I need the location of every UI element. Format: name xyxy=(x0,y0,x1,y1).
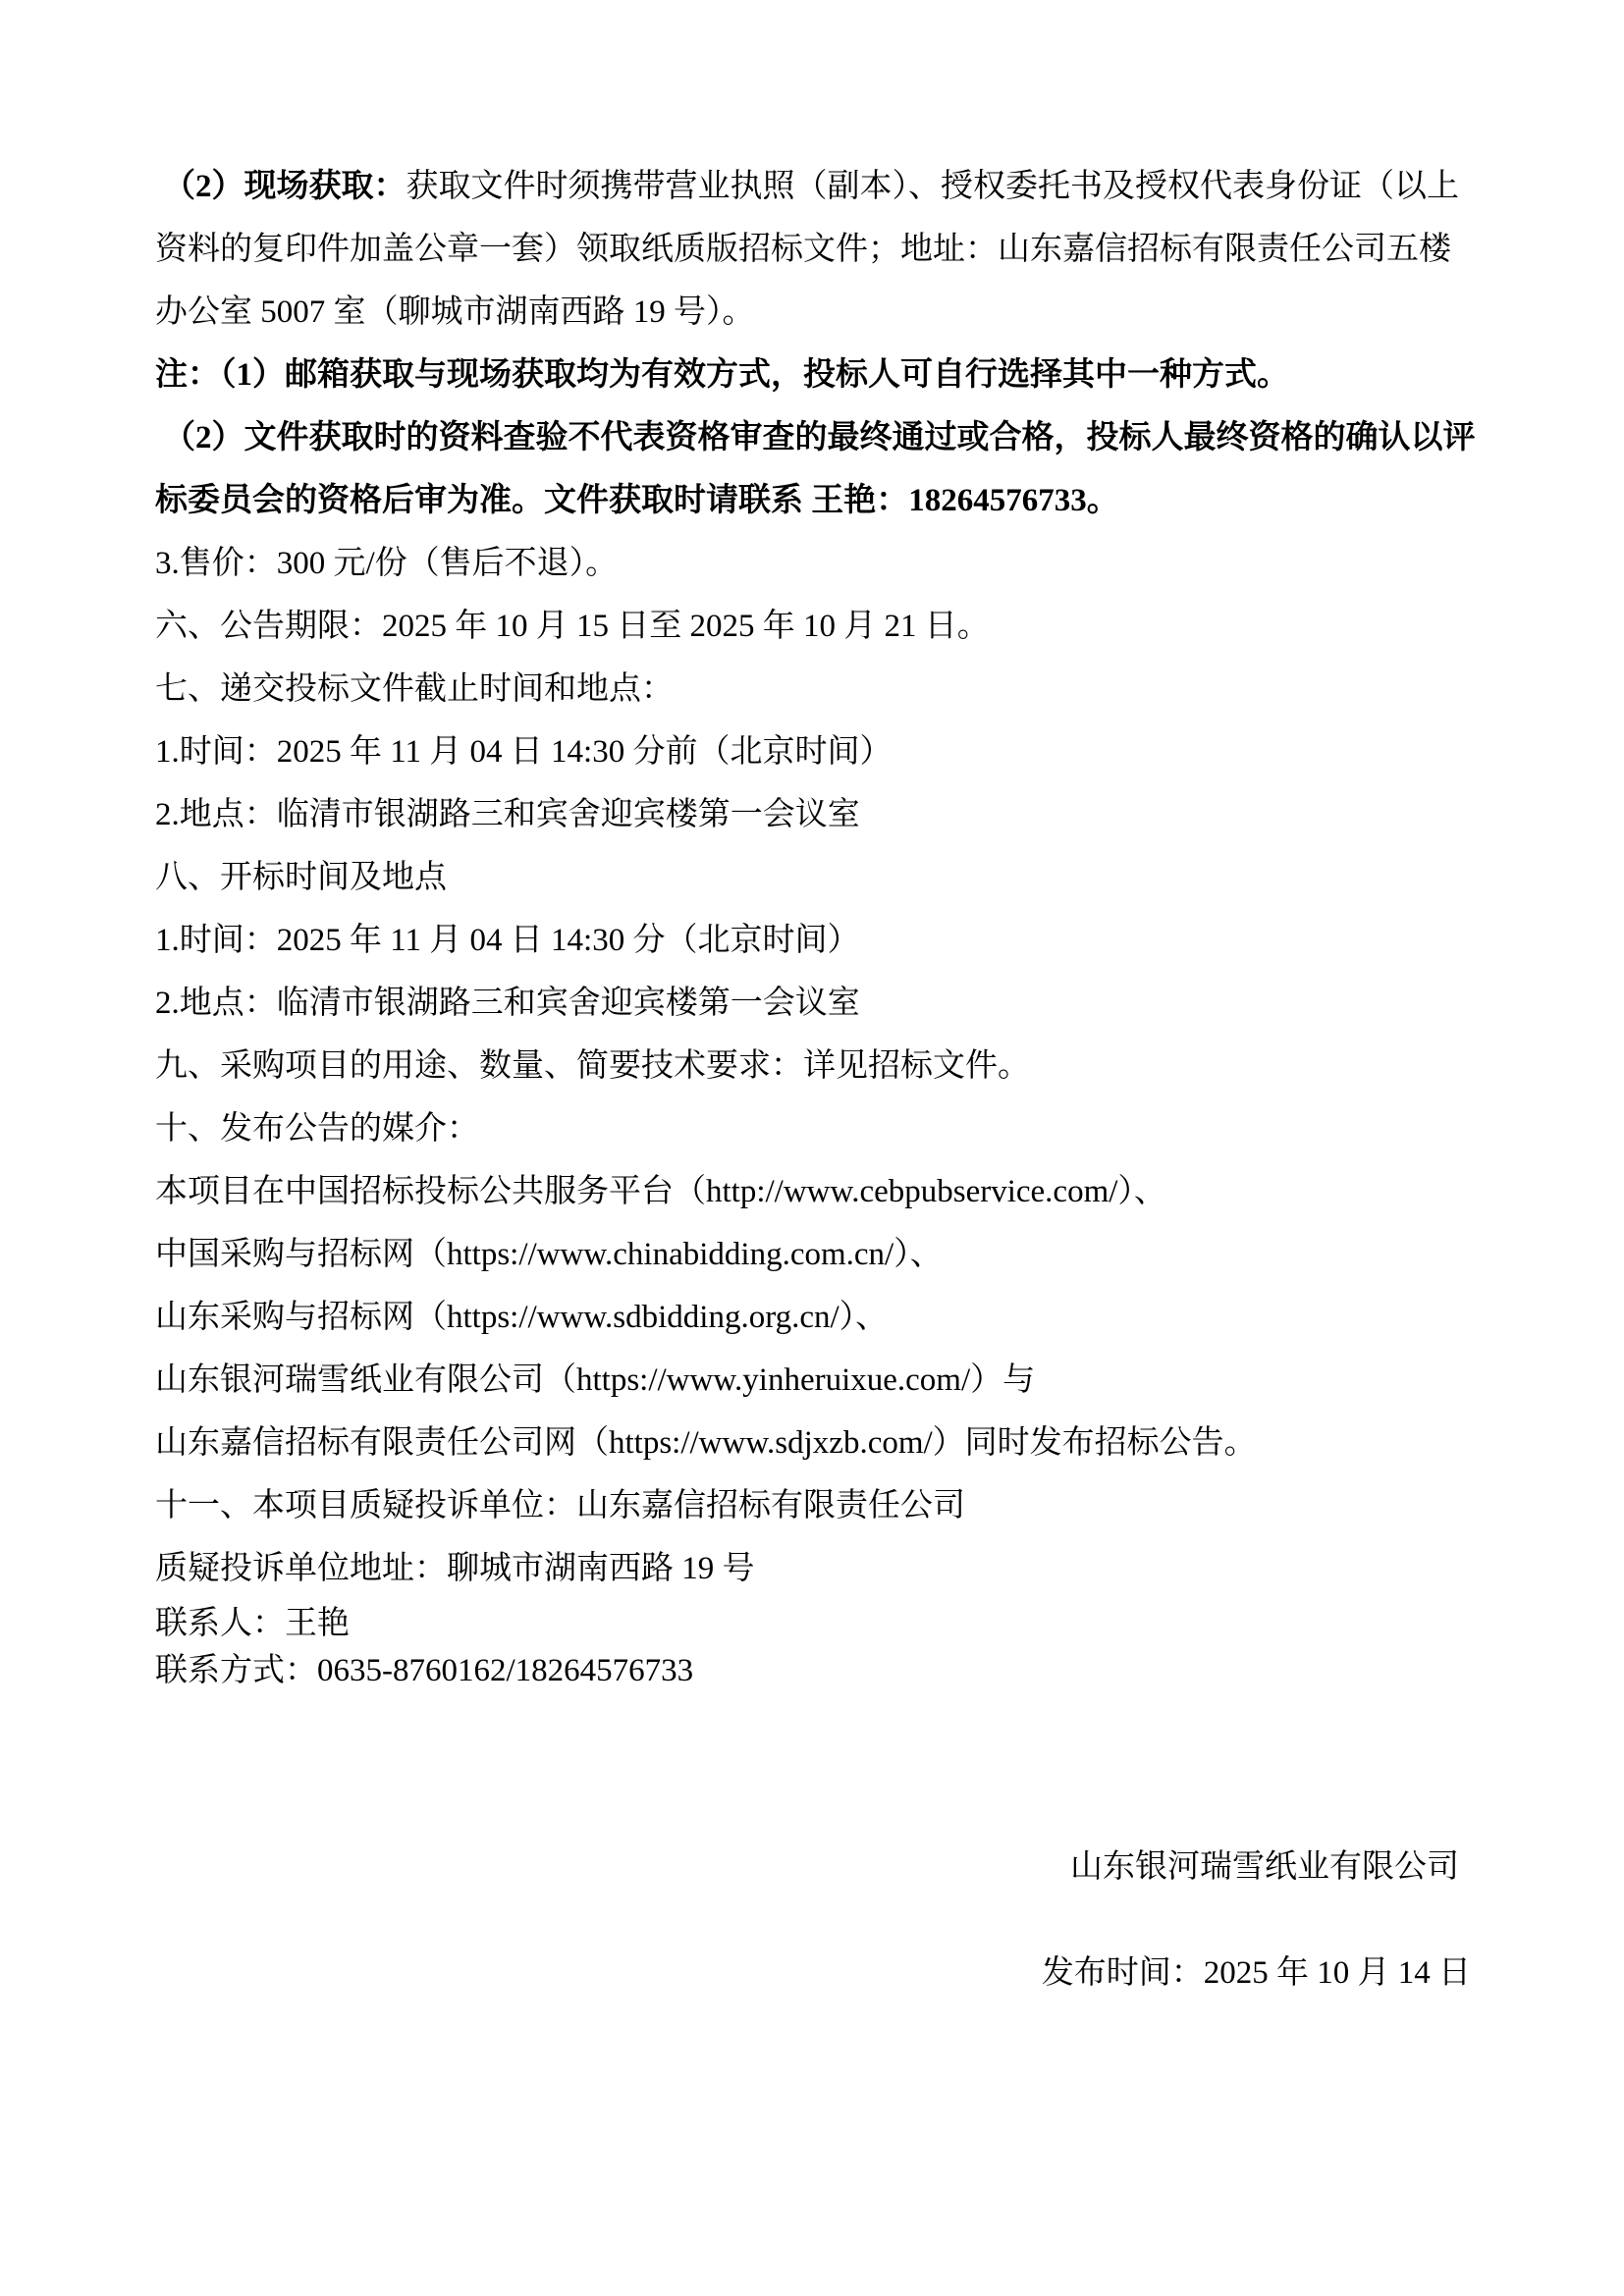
doc-line-complaint-unit: 十一、本项目质疑投诉单位：山东嘉信招标有限责任公司 xyxy=(155,1474,1471,1537)
doc-line-opening-time: 1.时间：2025 年 11 月 04 日 14:30 分（北京时间） xyxy=(155,909,1471,972)
doc-line-note-2-cont: 标委员会的资格后审为准。文件获取时请联系 王艳：18264576733。 xyxy=(155,469,1471,532)
doc-line-note-1: 注：（1）邮箱获取与现场获取均为有效方式，投标人可自行选择其中一种方式。 xyxy=(155,344,1471,406)
doc-line-submission-time: 1.时间：2025 年 11 月 04 日 14:30 分前（北京时间） xyxy=(155,721,1471,783)
document-page: （2）现场获取： 获取文件时须携带营业执照（副本）、授权委托书及授权代表身份证（… xyxy=(0,0,1624,2296)
doc-line-submission-heading: 七、递交投标文件截止时间和地点： xyxy=(155,658,1471,721)
doc-line-opening-place: 2.地点：临清市银湖路三和宾舍迎宾楼第一会议室 xyxy=(155,972,1471,1035)
doc-line-contact-person: 联系人：王艳 xyxy=(155,1600,1471,1647)
doc-line-onsite-acquisition: （2）现场获取： 获取文件时须携带营业执照（副本）、授权委托书及授权代表身份证（… xyxy=(155,155,1471,218)
doc-line-opening-heading: 八、开标时间及地点 xyxy=(155,846,1471,909)
doc-line-requirements: 九、采购项目的用途、数量、简要技术要求：详见招标文件。 xyxy=(155,1035,1471,1097)
doc-line-price: 3.售价：300 元/份（售后不退）。 xyxy=(155,532,1471,595)
doc-line-media-heading: 十、发布公告的媒介： xyxy=(155,1097,1471,1160)
onsite-acquisition-label: （2）现场获取： xyxy=(163,171,406,203)
signature-date: 发布时间：2025 年 10 月 14 日 xyxy=(155,1942,1471,2004)
doc-line-media-chinabidding: 中国采购与招标网（https://www.chinabidding.com.cn… xyxy=(155,1223,1471,1286)
doc-line-onsite-acquisition-cont1: 资料的复印件加盖公章一套）领取纸质版招标文件；地址：山东嘉信招标有限责任公司五楼 xyxy=(155,218,1471,281)
signature-company: 山东银河瑞雪纸业有限公司 xyxy=(155,1836,1471,1898)
doc-line-media-yinheruixue: 山东银河瑞雪纸业有限公司（https://www.yinheruixue.com… xyxy=(155,1349,1471,1412)
doc-line-media-sdbidding: 山东采购与招标网（https://www.sdbidding.org.cn/）、 xyxy=(155,1286,1471,1349)
doc-line-media-sdjxzb: 山东嘉信招标有限责任公司网（https://www.sdjxzb.com/）同时… xyxy=(155,1412,1471,1474)
doc-line-note-2: （2）文件获取时的资料查验不代表资格审查的最终通过或合格，投标人最终资格的确认以… xyxy=(155,406,1471,469)
doc-line-complaint-address: 质疑投诉单位地址：聊城市湖南西路 19 号 xyxy=(155,1537,1471,1600)
doc-line-submission-place: 2.地点：临清市银湖路三和宾舍迎宾楼第一会议室 xyxy=(155,783,1471,846)
doc-line-announcement-period: 六、公告期限：2025 年 10 月 15 日至 2025 年 10 月 21 … xyxy=(155,595,1471,658)
onsite-acquisition-text: 获取文件时须携带营业执照（副本）、授权委托书及授权代表身份证（以上 xyxy=(406,171,1460,203)
document-body: （2）现场获取： 获取文件时须携带营业执照（副本）、授权委托书及授权代表身份证（… xyxy=(0,0,1624,2004)
doc-line-onsite-acquisition-cont2: 办公室 5007 室（聊城市湖南西路 19 号）。 xyxy=(155,281,1471,344)
doc-line-media-cebpubservice: 本项目在中国招标投标公共服务平台（http://www.cebpubservic… xyxy=(155,1160,1471,1223)
doc-line-contact-phone: 联系方式：0635-8760162/18264576733 xyxy=(155,1647,1471,1694)
